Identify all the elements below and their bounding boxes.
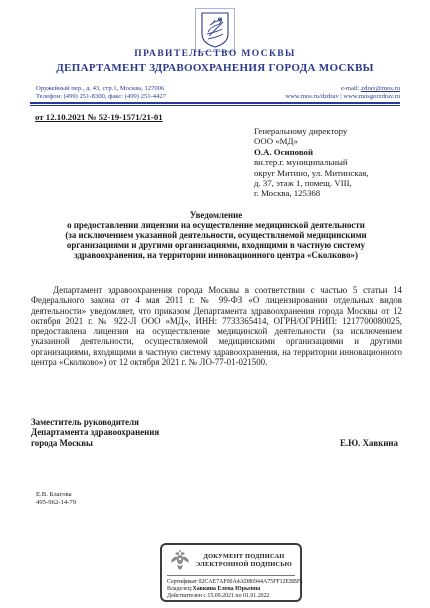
owner-name: Хавкина Елена Юрьевна [192, 586, 260, 592]
owner-label: Владелец: [167, 586, 192, 592]
department-title: ДЕПАРТАМЕНТ ЗДРАВООХРАНЕНИЯ ГОРОДА МОСКВ… [0, 62, 430, 74]
recipient-address-line: д. 37, этаж 1, помещ. VIII, [254, 178, 404, 188]
notice-title: Уведомление о предоставлении лицензии на… [30, 211, 402, 261]
signature-block: Заместитель руководителя Департамента зд… [31, 417, 398, 448]
government-title: ПРАВИТЕЛЬСТВО МОСКВЫ [0, 49, 430, 59]
signer-position-line: города Москвы [31, 438, 159, 448]
recipient-block: Генеральному директору ООО «МД» О.А. Оси… [254, 126, 404, 199]
stamp-details: Сертификат 02CAE7AF00A4AD86944A75FF12EBB… [167, 575, 295, 601]
stamp-title-line: ДОКУМЕНТ ПОДПИСАН [193, 553, 295, 561]
letterhead-divider [30, 102, 400, 106]
executor-phone: 495-962-14-79 [36, 499, 76, 507]
recipient-address-line: округ Митино, ул. Митинская, [254, 168, 404, 178]
notice-title-line: здравоохранения, на территории инновацио… [30, 251, 402, 261]
email-link[interactable]: zdrav@mos.ru [361, 85, 400, 92]
stamp-certificate: Сертификат 02CAE7AF00A4AD86944A75FF12EBB… [167, 579, 295, 586]
notice-body: Департамент здравоохранения города Москв… [31, 285, 402, 367]
signer-position-line: Департамента здравоохранения [31, 427, 159, 437]
certificate-value: 02CAE7AF00A4AD86944A75FF12EBBF1 [198, 579, 303, 585]
contact-web: e-mail: zdrav@mos.ru www.mos.ru/dzdrav |… [285, 85, 400, 102]
document-page: ПРАВИТЕЛЬСТВО МОСКВЫ ДЕПАРТАМЕНТ ЗДРАВОО… [0, 0, 430, 608]
phone-line: Телефон: (499) 251-8300, факс: (499) 251… [36, 93, 166, 101]
signer-position: Заместитель руководителя Департамента зд… [31, 417, 159, 448]
stamp-title: ДОКУМЕНТ ПОДПИСАН ЭЛЕКТРОННОЙ ПОДПИСЬЮ [193, 553, 295, 568]
address-line: Оружейный пер., д. 43, стр.1, Москва, 12… [36, 85, 166, 93]
stamp-validity: Действителен с 15.09.2021 по 01.01.2022 [167, 593, 295, 600]
electronic-signature-stamp: ДОКУМЕНТ ПОДПИСАН ЭЛЕКТРОННОЙ ПОДПИСЬЮ С… [160, 543, 302, 602]
executor-block: Е.В. Благова 495-962-14-79 [36, 491, 76, 508]
recipient-company: ООО «МД» [254, 136, 404, 146]
recipient-address-line: г. Москва, 125368 [254, 188, 404, 198]
moscow-coat-of-arms-icon [195, 8, 235, 52]
email-line: e-mail: zdrav@mos.ru [285, 85, 400, 93]
recipient-address-line: вн.тер.г. муниципальный [254, 157, 404, 167]
executor-name: Е.В. Благова [36, 491, 76, 499]
recipient-position: Генеральному директору [254, 126, 404, 136]
signer-name: Е.Ю. Хавкина [340, 438, 398, 448]
contact-address: Оружейный пер., д. 43, стр.1, Москва, 12… [36, 85, 166, 102]
stamp-title-line: ЭЛЕКТРОННОЙ ПОДПИСЬЮ [193, 561, 295, 569]
certificate-label: Сертификат [167, 579, 198, 585]
websites-line: www.mos.ru/dzdrav | www.mosgorzdrav.ru [285, 93, 400, 101]
signer-position-line: Заместитель руководителя [31, 417, 159, 427]
stamp-header: ДОКУМЕНТ ПОДПИСАН ЭЛЕКТРОННОЙ ПОДПИСЬЮ [167, 549, 295, 572]
document-number: от 12.10.2021 № 52-19-1571/21-01 [35, 112, 163, 122]
shield-icon [200, 12, 230, 48]
recipient-name: О.А. Осиповой [254, 147, 404, 157]
email-label: e-mail: [341, 85, 361, 92]
double-headed-eagle-icon [167, 549, 193, 572]
